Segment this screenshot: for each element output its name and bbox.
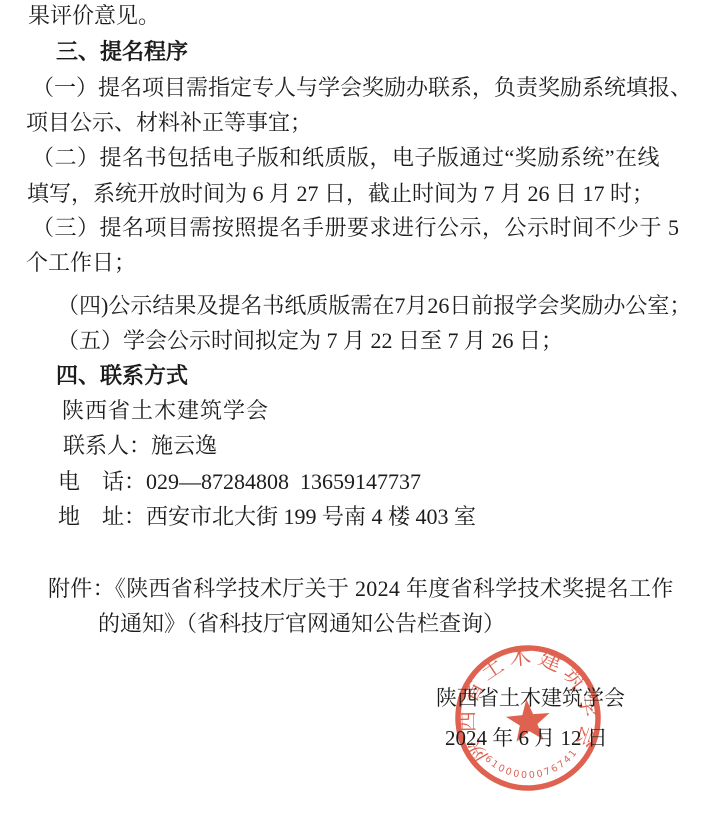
body-line-continuation: 果评价意见。: [28, 1, 160, 31]
item-3-line-1: （三）提名项目需按照提名手册要求进行公示，公示时间不少于 5: [32, 213, 680, 243]
contact-address: 地 址：西安市北大街 199 号南 4 楼 403 室: [58, 502, 476, 532]
item-2-line-2: 填写，系统开放时间为 6 月 27 日，截止时间为 7 月 26 日 17 时；: [27, 179, 654, 209]
signature-org: 陕西省土木建筑学会: [436, 683, 625, 713]
attachment-line-1: 附件：《陕西省科学技术厅关于 2024 年度省科学技术奖提名工作: [48, 574, 674, 604]
item-2-line-1: （二）提名书包括电子版和纸质版，电子版通过“奖励系统”在线: [32, 143, 660, 173]
signature-date: 2024 年 6 月 12 日: [445, 723, 608, 753]
contact-phone: 电 话：029—87284808 13659147737: [58, 467, 421, 497]
item-1-line-2: 项目公示、材料补正等事宜；: [26, 108, 312, 138]
item-4-line: （四)公示结果及提名书纸质版需在7月26日前报学会奖励办公室；: [57, 291, 691, 321]
item-3-line-2: 个工作日；: [26, 248, 136, 278]
item-1-line-1: （一）提名项目需指定专人与学会奖励办联系，负责奖励系统填报、: [32, 73, 692, 103]
document-page: 果评价意见。 三、提名程序 （一）提名项目需指定专人与学会奖励办联系，负责奖励系…: [0, 0, 710, 839]
contact-org-name: 陕西省土木建筑学会: [62, 396, 269, 426]
official-seal: 陕西省土木建筑学会 6100000076741: [445, 635, 612, 802]
attachment-line-2: 的通知》（省科技厅官网通知公告栏查询）: [98, 609, 505, 639]
section-4-heading: 四、联系方式: [56, 361, 188, 391]
item-5-line: （五）学会公示时间拟定为 7 月 22 日至 7 月 26 日；: [57, 326, 563, 356]
contact-person: 联系人：施云逸: [63, 431, 217, 461]
section-3-heading: 三、提名程序: [56, 37, 188, 67]
